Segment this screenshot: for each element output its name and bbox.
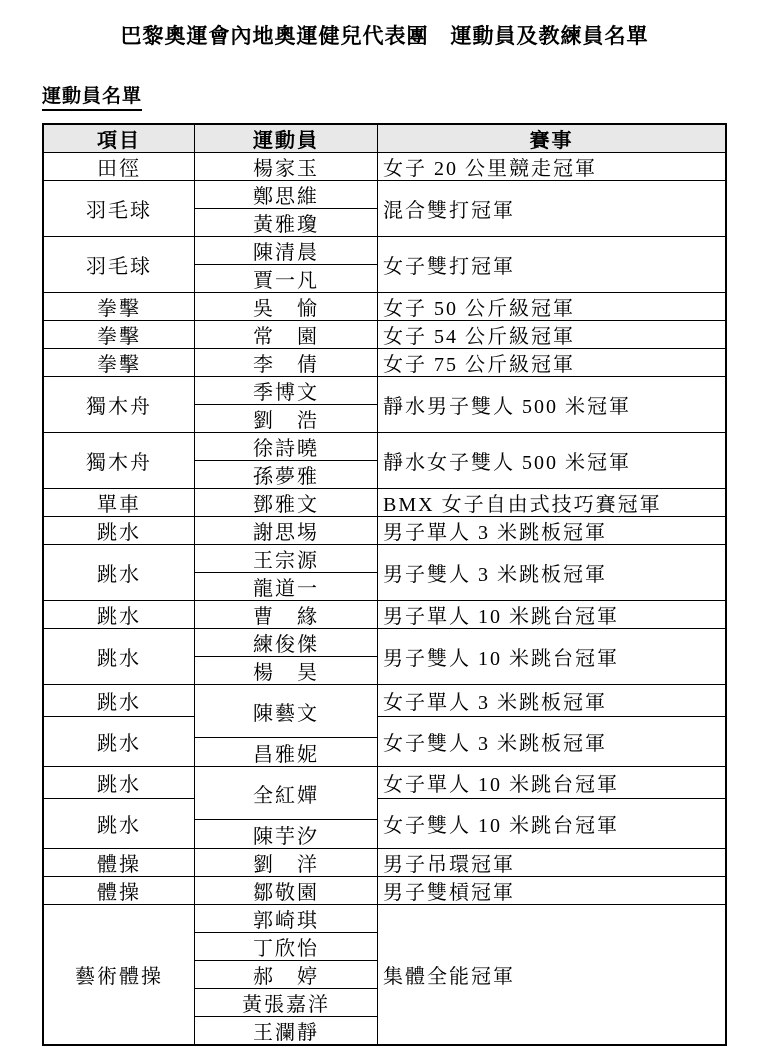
table-row: 拳擊 常 園 女子 54 公斤級冠軍 (44, 320, 725, 348)
table-row: 獨木舟 季博文 劉 浩 靜水男子雙人 500 米冠軍 (44, 376, 725, 432)
table-row: 跳水 練俊傑 楊 昊 男子雙人 10 米跳台冠軍 (44, 628, 725, 684)
header-cell-competition: 賽事 (378, 125, 725, 152)
athlete-cell: 龍道一 (195, 572, 377, 600)
competition-cell: 男子單人 10 米跳台冠軍 (378, 601, 725, 628)
athlete-cell: 楊 昊 (195, 656, 377, 684)
event-cell: 體操 (44, 877, 194, 904)
event-cell: 跳水 (44, 517, 194, 544)
competition-cell: 男子雙人 10 米跳台冠軍 (378, 629, 725, 684)
table-row: 田徑 楊家玉 女子 20 公里競走冠軍 (44, 152, 725, 180)
competition-cell: 男子雙槓冠軍 (378, 877, 725, 904)
competition-cell: 女子雙人 3 米跳板冠軍 (378, 716, 725, 766)
competition-cell: 女子單人 3 米跳板冠軍 (378, 685, 725, 716)
table-row: 羽毛球 鄭思維 黃雅瓊 混合雙打冠軍 (44, 180, 725, 236)
section-heading: 運動員名單 (42, 81, 142, 111)
athlete-cell: 陳清晨 (195, 237, 377, 264)
table-row: 單車 鄧雅文 BMX 女子自由式技巧賽冠軍 (44, 488, 725, 516)
athlete-cell: 謝思埸 (195, 517, 377, 544)
competition-cell: 女子 75 公斤級冠軍 (378, 349, 725, 376)
competition-cell: 男子雙人 3 米跳板冠軍 (378, 545, 725, 600)
document-title: 巴黎奧運會內地奧運健兒代表團 運動員及教練員名單 (42, 20, 727, 50)
event-cell: 羽毛球 (44, 181, 194, 236)
table-row: 拳擊 吳 愉 女子 50 公斤級冠軍 (44, 292, 725, 320)
competition-cell: 女子 20 公里競走冠軍 (378, 153, 725, 180)
athlete-cell: 常 園 (195, 321, 377, 348)
competition-cell: 女子 54 公斤級冠軍 (378, 321, 725, 348)
athlete-cell: 鄧雅文 (195, 489, 377, 516)
event-cell: 藝術體操 (44, 905, 194, 1044)
athlete-cell: 黃雅瓊 (195, 208, 377, 236)
competition-cell: BMX 女子自由式技巧賽冠軍 (378, 489, 725, 516)
athlete-cell: 楊家玉 (195, 153, 377, 180)
table-row: 跳水 謝思埸 男子單人 3 米跳板冠軍 (44, 516, 725, 544)
table-row: 拳擊 李 倩 女子 75 公斤級冠軍 (44, 348, 725, 376)
event-cell: 獨木舟 (44, 377, 194, 432)
event-cell: 拳擊 (44, 349, 194, 376)
athletes-table: 項目 運動員 賽事 田徑 楊家玉 女子 20 公里競走冠軍 羽毛球 鄭思維 黃雅… (42, 123, 727, 1046)
table-row: 體操 劉 洋 男子吊環冠軍 (44, 848, 725, 876)
event-cell: 羽毛球 (44, 237, 194, 292)
competition-cell: 靜水女子雙人 500 米冠軍 (378, 433, 725, 488)
event-cell: 體操 (44, 849, 194, 876)
event-cell: 跳水 (44, 685, 194, 716)
document-page: 巴黎奧運會內地奧運健兒代表團 運動員及教練員名單 運動員名單 項目 運動員 賽事… (0, 20, 770, 1046)
athlete-cell: 陳芋汐 (195, 819, 377, 848)
athlete-cell: 郭崎琪 (195, 905, 377, 932)
competition-cell: 集體全能冠軍 (378, 905, 725, 1044)
athlete-cell: 徐詩曉 (195, 433, 377, 460)
header-cell-athlete: 運動員 (195, 125, 377, 152)
event-cell: 跳水 (44, 798, 194, 848)
event-cell: 跳水 (44, 716, 194, 766)
table-row: 跳水 曹 緣 男子單人 10 米跳台冠軍 (44, 600, 725, 628)
table-row: 跳水 跳水 全紅嬋 陳芋汐 女子單人 10 米跳台冠軍 女子雙人 10 米跳台冠… (44, 766, 725, 848)
table-row: 跳水 跳水 陳藝文 昌雅妮 女子單人 3 米跳板冠軍 女子雙人 3 米跳板冠軍 (44, 684, 725, 766)
athlete-cell: 練俊傑 (195, 629, 377, 656)
table-row: 獨木舟 徐詩曉 孫夢雅 靜水女子雙人 500 米冠軍 (44, 432, 725, 488)
competition-cell: 靜水男子雙人 500 米冠軍 (378, 377, 725, 432)
athlete-cell: 王宗源 (195, 545, 377, 572)
athlete-cell: 賈一凡 (195, 264, 377, 292)
athlete-cell: 鄒敬園 (195, 877, 377, 904)
athlete-cell: 鄭思維 (195, 181, 377, 208)
competition-cell: 女子雙人 10 米跳台冠軍 (378, 798, 725, 848)
event-cell: 拳擊 (44, 293, 194, 320)
athlete-cell: 昌雅妮 (195, 737, 377, 766)
athlete-cell: 丁欣怡 (195, 932, 377, 960)
event-cell: 田徑 (44, 153, 194, 180)
event-cell: 跳水 (44, 629, 194, 684)
table-row: 體操 鄒敬園 男子雙槓冠軍 (44, 876, 725, 904)
athlete-cell: 李 倩 (195, 349, 377, 376)
event-cell: 拳擊 (44, 321, 194, 348)
event-cell: 跳水 (44, 545, 194, 600)
athlete-cell: 曹 緣 (195, 601, 377, 628)
competition-cell: 女子單人 10 米跳台冠軍 (378, 767, 725, 798)
event-cell: 單車 (44, 489, 194, 516)
athlete-cell: 劉 浩 (195, 404, 377, 432)
table-row: 羽毛球 陳清晨 賈一凡 女子雙打冠軍 (44, 236, 725, 292)
athlete-cell: 黃張嘉洋 (195, 988, 377, 1016)
competition-cell: 混合雙打冠軍 (378, 181, 725, 236)
competition-cell: 男子單人 3 米跳板冠軍 (378, 517, 725, 544)
event-cell: 獨木舟 (44, 433, 194, 488)
athlete-cell: 陳藝文 (195, 685, 377, 737)
competition-cell: 男子吊環冠軍 (378, 849, 725, 876)
table-row: 跳水 王宗源 龍道一 男子雙人 3 米跳板冠軍 (44, 544, 725, 600)
athlete-cell: 劉 洋 (195, 849, 377, 876)
athlete-cell: 王瀾靜 (195, 1016, 377, 1044)
table-header-row: 項目 運動員 賽事 (44, 125, 725, 152)
event-cell: 跳水 (44, 601, 194, 628)
event-cell: 跳水 (44, 767, 194, 798)
athlete-cell: 季博文 (195, 377, 377, 404)
table-row: 藝術體操 郭崎琪 丁欣怡 郝 婷 黃張嘉洋 王瀾靜 集體全能冠軍 (44, 904, 725, 1044)
competition-cell: 女子雙打冠軍 (378, 237, 725, 292)
header-cell-event: 項目 (44, 125, 194, 152)
athlete-cell: 吳 愉 (195, 293, 377, 320)
athlete-cell: 孫夢雅 (195, 460, 377, 488)
athlete-cell: 郝 婷 (195, 960, 377, 988)
competition-cell: 女子 50 公斤級冠軍 (378, 293, 725, 320)
athlete-cell: 全紅嬋 (195, 767, 377, 819)
